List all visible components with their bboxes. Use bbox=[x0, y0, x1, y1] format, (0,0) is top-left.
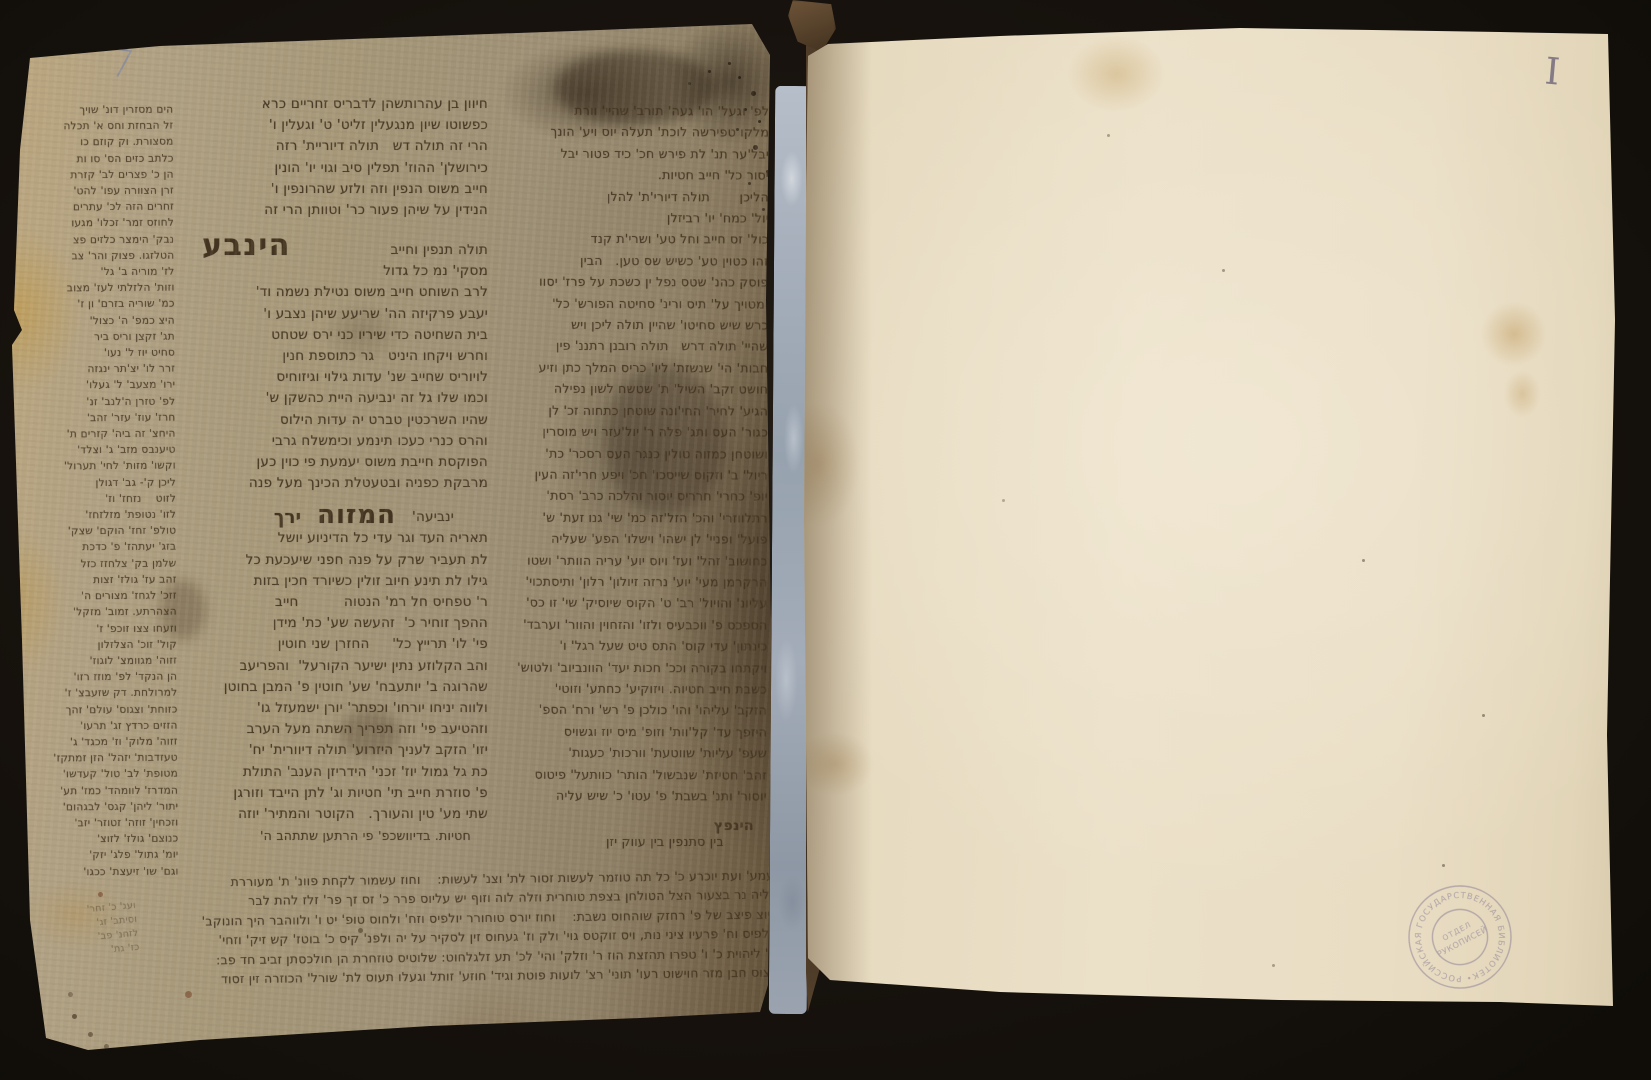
left-manuscript-page: 7 הים מסזרין דונ' שויך זל הבחזת וחס א' ת… bbox=[10, 20, 810, 1060]
section-heading-2: המזוה bbox=[317, 502, 396, 528]
right-flyleaf-page: I • РОССИЙСКАЯ ГОСУДАРСТВЕННАЯ БИБЛИОТЕК… bbox=[802, 24, 1630, 1024]
main-text-column: חיוון בן עהרותשהן לדבריס זחריים כרא כפשו… bbox=[196, 94, 488, 825]
main-column-lines-middle: לרב השוחט חייב משוס נטילת נשמה וד' יעבע … bbox=[196, 282, 488, 494]
catchword: הינפץ bbox=[714, 818, 754, 834]
inner-text-column: לפ' וגעל' הו' געה' תורב' שהיי' וורת מלקו… bbox=[489, 100, 769, 807]
main-column-lines-bottom: תאריה העד וגר עדי כל הדיניוע יושל לת תעב… bbox=[196, 528, 488, 825]
paper-specks bbox=[1362, 559, 1365, 562]
heading-2-inline-text: ינביעה' bbox=[412, 507, 454, 528]
library-stamp: • РОССИЙСКАЯ ГОСУДАРСТВЕННАЯ БИБЛИОТЕКА … bbox=[1380, 857, 1541, 1018]
heading-2-suffix: ירך bbox=[274, 507, 301, 529]
folio-number-pencil: 7 bbox=[107, 41, 136, 88]
page-number-pencil: I bbox=[1543, 49, 1561, 93]
section-heading-2-row: ינביעה' המזוה ירך bbox=[196, 494, 488, 528]
margin-gloss-column: הים מסזרין דונ' שויך זל הבחזת וחס א' תכל… bbox=[37, 102, 178, 889]
stamp-ring-text: • РОССИЙСКАЯ ГОСУДАРСТВЕННАЯ БИБЛИОТЕКА bbox=[1380, 857, 1519, 1002]
section-heading-1-row: תולה תנפין וחייב הינבע bbox=[196, 221, 488, 261]
ink-specks bbox=[728, 62, 731, 65]
section-heading-1: הינבע bbox=[202, 231, 291, 261]
photo-background: 7 הים מסזרין דונ' שויך זל הבחזת וחס א' ת… bbox=[0, 0, 1651, 1080]
main-column-lines-top: חיוון בן עהרותשהן לדבריס זחריים כרא כפשו… bbox=[196, 94, 488, 221]
library-stamp-graphic: • РОССИЙСКАЯ ГОСУДАРСТВЕННАЯ БИБЛИОТЕКА … bbox=[1380, 857, 1541, 1018]
heading-1-inline-text: תולה תנפין וחייב bbox=[391, 240, 488, 261]
foot-gloss: יעמע' ועת יוכרע כ' כל תה טוזמר לעשות זסו… bbox=[35, 865, 778, 990]
heading-1-subline: מסקי' נמ כל גדול bbox=[196, 261, 488, 282]
inner-column-hanging-line: בין סתנפין בין עווק יזן bbox=[606, 834, 724, 849]
margin-foot-notes: ועג' כ' זחר' וסיתב' זג' לזחנ' פב' כז' גת… bbox=[16, 899, 140, 965]
main-column-hanging-line: חטיות. בדיוושכפ' פי הרתען שתתהב ה' bbox=[260, 828, 471, 843]
